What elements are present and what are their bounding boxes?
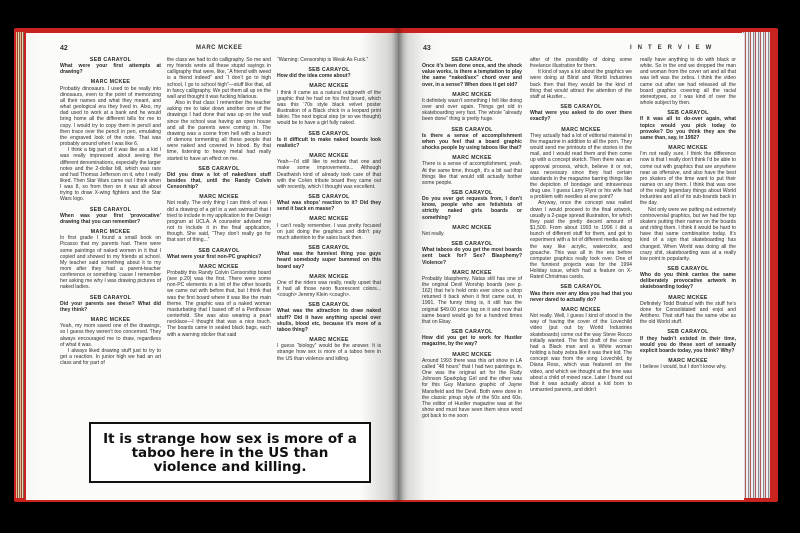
running-head: INTERVIEW [630, 45, 717, 51]
text-column-3: “Warning: Censorship is Weak As Fuck.”SE… [277, 57, 381, 362]
text-column-2: after of the possibility of doing some f… [530, 57, 632, 393]
interview-question: What was the funniest thing you guys hea… [277, 251, 381, 269]
interview-answer: Not really. The only thing I can think o… [167, 200, 271, 243]
interview-question: What was the attraction to draw naked st… [277, 308, 381, 333]
interview-answer: really have anything to do with black or… [640, 57, 736, 106]
interview-answer: Not really. Well, I guess I kind of stoo… [530, 313, 632, 393]
interview-answer: Anyway, once the concept was nailed down… [530, 200, 632, 280]
interview-question: What taboos do you get the most boards s… [422, 247, 522, 265]
interview-answer: Definitely Todd Bratrud with the stuff h… [640, 301, 736, 326]
interview-question: What were your first attempts at drawing… [60, 63, 161, 75]
interview-question: Did you draw a lot of naked/sex stuff be… [167, 172, 271, 190]
interview-question: How did the idea come about? [277, 73, 381, 79]
interview-question: Do you ever get requests from, I don’t k… [422, 196, 522, 221]
interview-answer: after of the possibility of doing some f… [530, 57, 632, 69]
text-column-1: SEB CARAYOLOnce it’s been done once, and… [422, 57, 522, 419]
left-page: 42 MARC MCKEE SEB CARAYOLWhat were your … [26, 33, 398, 500]
interview-question: What were your first non-PC graphics? [167, 254, 271, 260]
pull-quote: It is strange how sex is more of a taboo… [89, 422, 371, 483]
interview-question: What were you asked to do over there exa… [530, 110, 632, 122]
interview-answer: I think it came as a natural outgrowth o… [277, 90, 381, 127]
text-column-2: the class we had to do calligraphy. So m… [167, 57, 271, 338]
interview-answer: Also in that class I remember the teache… [167, 100, 271, 162]
text-column-1: SEB CARAYOLWhat were your first attempts… [60, 57, 161, 366]
interview-answer: I’m not really sure. I think the differe… [640, 151, 736, 206]
page-edges-left [16, 32, 24, 498]
interview-answer: It kind of says a lot about the graphics… [530, 69, 632, 100]
interview-answer: Probably this Randy Colvin Censorship bo… [167, 270, 271, 338]
interview-answer: Probably dinosaurs. I used to be really … [60, 86, 161, 148]
interview-answer: Not really. [422, 231, 522, 237]
interview-answer: There is a sense of accomplishment, yeah… [422, 161, 522, 186]
interview-answer: I believe I would, but I don’t know why. [640, 364, 736, 370]
interview-answer: I can’t really remember. I was pretty fo… [277, 223, 381, 241]
book-gutter [392, 28, 404, 504]
interview-question: Did your parents see these? What did the… [60, 301, 161, 313]
text-column-3: really have anything to do with black or… [640, 57, 736, 370]
interview-answer: I guess “biology” would be the answer. I… [277, 343, 381, 361]
interview-answer: I think a big part of it was like as a k… [60, 147, 161, 202]
interview-answer: Not only were we putting out extremely c… [640, 207, 736, 262]
interview-answer: One of the riders was really, really ups… [277, 280, 381, 298]
interview-answer: Probably blasphemy. Natas still has one … [422, 276, 522, 325]
interview-question: If it was all to do-over again, what top… [640, 116, 736, 141]
interview-question: Was there ever any idea you had that you… [530, 291, 632, 303]
interview-answer: Yeah—I’d still like to redraw that one a… [277, 159, 381, 190]
pull-quote-text: It is strange how sex is more of a taboo… [100, 432, 360, 474]
interview-answer: Around 1993 there was this art show in L… [422, 358, 522, 420]
page-edges-right [742, 32, 770, 498]
interview-question: Is there a sense of accomplishment when … [422, 133, 522, 151]
interview-question: How did you get to work for Hustler maga… [422, 335, 522, 347]
interview-answer: “Warning: Censorship is Weak As Fuck.” [277, 57, 381, 63]
interview-question: Is it difficult to make naked boards loo… [277, 137, 381, 149]
interview-answer: the class we had to do calligraphy. So m… [167, 57, 271, 100]
interview-answer: In first grade I found a small book on P… [60, 235, 161, 290]
interview-answer: I always liked drawing stuff just to try… [60, 348, 161, 366]
interview-question: If they hadn’t existed in their time, wo… [640, 336, 736, 354]
interview-question: Who do you think carries the same delibe… [640, 272, 736, 290]
interview-answer: They actually had a lot of editorial mat… [530, 133, 632, 201]
page-number: 42 [60, 45, 68, 52]
page-number: 43 [423, 45, 431, 52]
right-page: 43 INTERVIEW SEB CARAYOLOnce it’s been d… [398, 33, 744, 500]
interview-question: When was your first ‘provocative’ drawin… [60, 213, 161, 225]
interview-question: What was shops’ reaction to it? Did they… [277, 200, 381, 212]
running-head: MARC MCKEE [196, 45, 242, 51]
interview-answer: It definitely wasn’t something I felt li… [422, 98, 522, 123]
interview-question: Once it’s been done once, and the shock … [422, 63, 522, 88]
interview-answer: Yeah, my mom saved one of the drawings, … [60, 323, 161, 348]
